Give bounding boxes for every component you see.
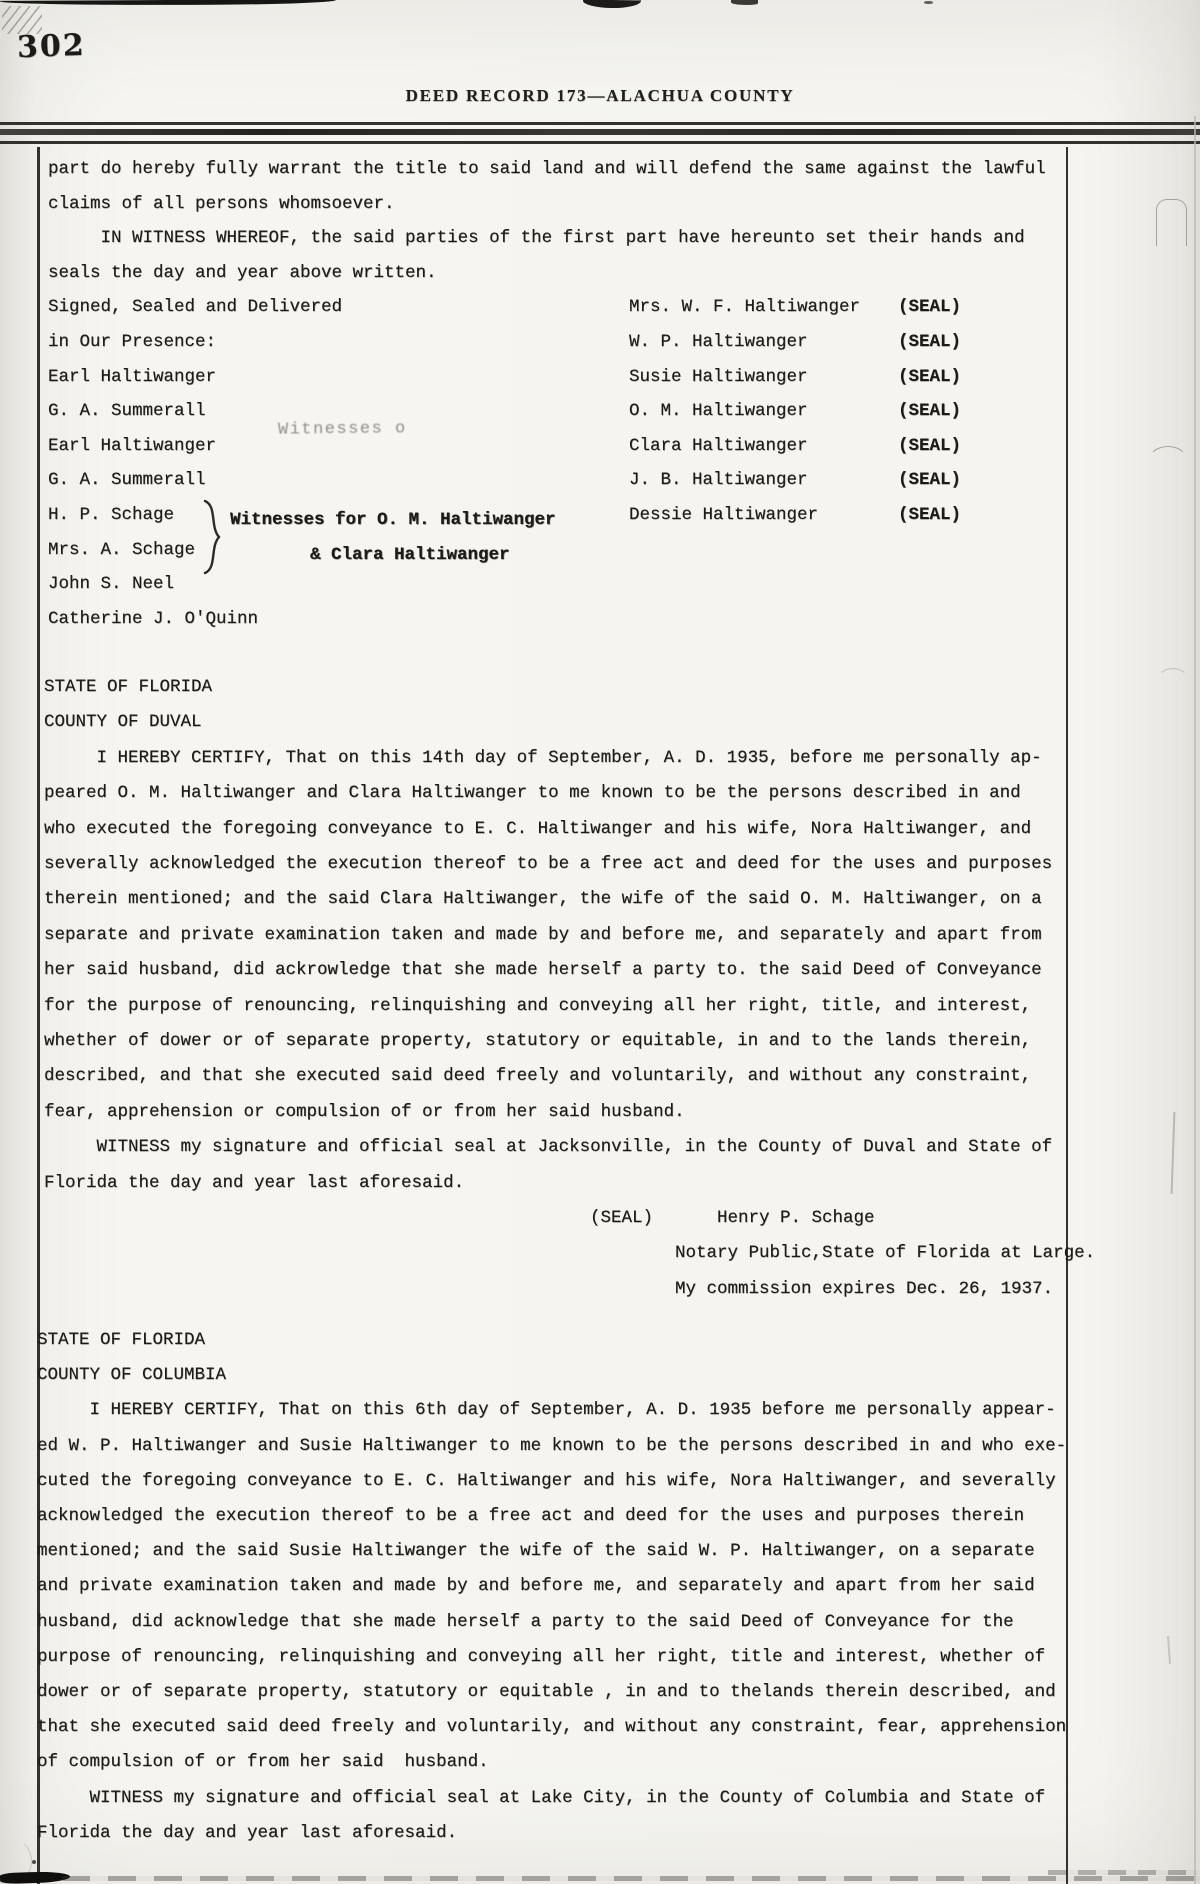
text-span: peared O. M. Haltiwanger and Clara Halti… [44,782,1021,804]
text-span: G. A. Summerall [48,469,206,491]
text-line: separate and private examination taken a… [44,924,1164,948]
text-line: ed W. P. Haltiwanger and Susie Haltiwang… [37,1435,1157,1459]
witness-label: & Clara Haltiwanger [310,544,510,566]
text-line: claims of all persons whomsoever. [48,193,1168,217]
text-line: G. A. SummerallO. M. Haltiwanger(SEAL) [48,400,1168,424]
text-line: My commission expires Dec. 26, 1937. [44,1278,1164,1302]
text-span: (SEAL) [898,435,961,457]
torn-edge-artifact [924,1,933,4]
bottom-edge-artifact [1048,1870,1198,1875]
text-span: Earl Haltiwanger [48,435,216,457]
text-span: J. B. Haltiwanger [629,469,808,491]
text-line: Signed, Sealed and DeliveredMrs. W. F. H… [48,296,1168,320]
text-span: her said husband, did ackrowledge that s… [44,959,1042,981]
text-line: and private examination taken and made b… [37,1575,1157,1599]
text-line: of compulsion of or from her said husban… [37,1751,1157,1775]
text-span: acknowledged the execution thereof to be… [37,1505,1024,1527]
text-span: (SEAL) [898,296,961,318]
torn-edge-artifact [583,0,641,8]
text-span: Florida the day and year last aforesaid. [37,1822,457,1844]
text-span: (SEAL) [898,469,961,491]
page-right-edge [1194,116,1196,1884]
text-span: (SEAL) [898,366,961,388]
text-line: STATE OF FLORIDA [44,676,1164,700]
brace-icon [201,499,225,575]
text-line: Earl HaltiwangerSusie Haltiwanger(SEAL) [48,366,1168,390]
text-span: O. M. Haltiwanger [629,400,808,422]
text-span: WITNESS my signature and official seal a… [44,1136,1052,1158]
text-span: Susie Haltiwanger [629,366,808,388]
text-line: who executed the foregoing conveyance to… [44,818,1164,842]
text-line: acknowledged the execution thereof to be… [37,1505,1157,1529]
text-line: COUNTY OF COLUMBIA [37,1364,1157,1388]
text-line: COUNTY OF DUVAL [44,711,1164,735]
text-span: dower or of separate property, statutory… [37,1681,1056,1703]
text-line: mentioned; and the said Susie Haltiwange… [37,1540,1157,1564]
text-line: Florida the day and year last aforesaid. [37,1822,1157,1846]
text-span: G. A. Summerall [48,400,206,422]
text-line: IN WITNESS WHEREOF, the said parties of … [48,227,1168,251]
text-line: John S. Neel [48,573,1168,597]
text-span: IN WITNESS WHEREOF, the said parties of … [48,227,1025,249]
text-span: in Our Presence: [48,331,216,353]
text-line: severally acknowledged the execution the… [44,853,1164,877]
text-line: Catherine J. O'Quinn [48,608,1168,632]
text-line: peared O. M. Haltiwanger and Clara Halti… [44,782,1164,806]
scratch-artifact [1167,1636,1171,1664]
page-curl-artifact [1157,668,1189,694]
torn-edge-artifact [0,0,336,6]
text-line: Notary Public,State of Florida at Large. [44,1242,1164,1266]
text-line: G. A. SummerallJ. B. Haltiwanger(SEAL) [48,469,1168,493]
text-span: Notary Public,State of Florida at Large. [675,1242,1095,1264]
header-rule-bottom [0,141,1200,144]
text-span: H. P. Schage [48,504,174,526]
text-span: Clara Haltiwanger [629,435,808,457]
text-span: STATE OF FLORIDA [37,1329,205,1351]
text-span: Florida the day and year last aforesaid. [44,1172,464,1194]
witnesses-stamp: Witnesses o [278,419,407,439]
text-line: Florida the day and year last aforesaid. [44,1172,1164,1196]
text-line: cuted the foregoing conveyance to E. C. … [37,1470,1157,1494]
deed-record-scan-page: 302 DEED RECORD 173—ALACHUA COUNTY part … [0,0,1200,1884]
text-line: dower or of separate property, statutory… [37,1681,1157,1705]
text-line: STATE OF FLORIDA [37,1329,1157,1353]
text-span: fear, apprehension or compulsion of or f… [44,1101,685,1123]
text-line: that she executed said deed freely and v… [37,1716,1157,1740]
text-span: husband, did acknowledge that she made h… [37,1611,1014,1633]
text-span: (SEAL) [898,400,961,422]
text-line: her said husband, did ackrowledge that s… [44,959,1164,983]
text-line: part do hereby fully warrant the title t… [48,158,1168,182]
text-line: for the purpose of renouncing, relinquis… [44,995,1164,1019]
text-span: severally acknowledged the execution the… [44,853,1052,875]
page-curl-artifact [1147,446,1189,480]
text-span: purpose of renouncing, relinquishing and… [37,1646,1045,1668]
text-span: (SEAL) [590,1207,653,1229]
text-span: Dessie Haltiwanger [629,504,818,526]
text-span: John S. Neel [48,573,174,595]
text-span: part do hereby fully warrant the title t… [48,158,1046,180]
witness-label: Witnesses for O. M. Haltiwanger [230,509,556,531]
header-rule-band [0,129,1200,135]
page-header-title: DEED RECORD 173—ALACHUA COUNTY [406,86,795,106]
text-span: and private examination taken and made b… [37,1575,1035,1597]
text-span: who executed the foregoing conveyance to… [44,818,1031,840]
text-line: WITNESS my signature and official seal a… [37,1787,1157,1811]
page-curl-artifact [1156,199,1187,246]
text-span: Earl Haltiwanger [48,366,216,388]
text-span: therein mentioned; and the said Clara Ha… [44,888,1042,910]
text-line: purpose of renouncing, relinquishing and… [37,1646,1157,1670]
text-span: Catherine J. O'Quinn [48,608,258,630]
text-span: cuted the foregoing conveyance to E. C. … [37,1470,1056,1492]
text-span: My commission expires Dec. 26, 1937. [675,1278,1053,1300]
text-line: seals the day and year above written. [48,262,1168,286]
header-rule-top [0,122,1200,125]
text-span: COUNTY OF DUVAL [44,711,202,733]
text-span: Mrs. A. Schage [48,539,195,561]
text-line: WITNESS my signature and official seal a… [44,1136,1164,1160]
page-number: 302 [16,28,86,65]
text-line: I HEREBY CERTIFY, That on this 14th day … [44,747,1164,771]
ink-blob-artifact [0,1871,70,1884]
text-line: (SEAL)Henry P. Schage [44,1207,1164,1231]
text-span: Mrs. W. F. Haltiwanger [629,296,860,318]
text-line: therein mentioned; and the said Clara Ha… [44,888,1164,912]
text-span: I HEREBY CERTIFY, That on this 6th day o… [37,1399,1056,1421]
text-span: COUNTY OF COLUMBIA [37,1364,226,1386]
text-line: in Our Presence:W. P. Haltiwanger(SEAL) [48,331,1168,355]
text-span: mentioned; and the said Susie Haltiwange… [37,1540,1035,1562]
text-span: I HEREBY CERTIFY, That on this 14th day … [44,747,1042,769]
text-span: STATE OF FLORIDA [44,676,212,698]
text-span: claims of all persons whomsoever. [48,193,395,215]
text-span: that she executed said deed freely and v… [37,1716,1066,1738]
text-span: (SEAL) [898,331,961,353]
text-line: I HEREBY CERTIFY, That on this 6th day o… [37,1399,1157,1423]
text-span: seals the day and year above written. [48,262,437,284]
text-line: Earl HaltiwangerClara Haltiwanger(SEAL) [48,435,1168,459]
ink-dot-artifact [32,1860,36,1864]
text-line: fear, apprehension or compulsion of or f… [44,1101,1164,1125]
text-span: separate and private examination taken a… [44,924,1042,946]
text-line: described, and that she executed said de… [44,1065,1164,1089]
torn-edge-artifact [731,0,758,5]
text-span: ed W. P. Haltiwanger and Susie Haltiwang… [37,1435,1066,1457]
text-span: of compulsion of or from her said husban… [37,1751,489,1773]
bottom-edge-artifact [62,1876,1200,1881]
text-span: Henry P. Schage [717,1207,875,1229]
text-span: described, and that she executed said de… [44,1065,1031,1087]
text-span: Signed, Sealed and Delivered [48,296,342,318]
text-span: W. P. Haltiwanger [629,331,808,353]
text-span: whether of dower or of separate property… [44,1030,1031,1052]
text-line: whether of dower or of separate property… [44,1030,1164,1054]
text-line: husband, did acknowledge that she made h… [37,1611,1157,1635]
text-span: for the purpose of renouncing, relinquis… [44,995,1031,1017]
scratch-artifact [1171,1112,1176,1194]
text-span: WITNESS my signature and official seal a… [37,1787,1045,1809]
text-span: (SEAL) [898,504,961,526]
